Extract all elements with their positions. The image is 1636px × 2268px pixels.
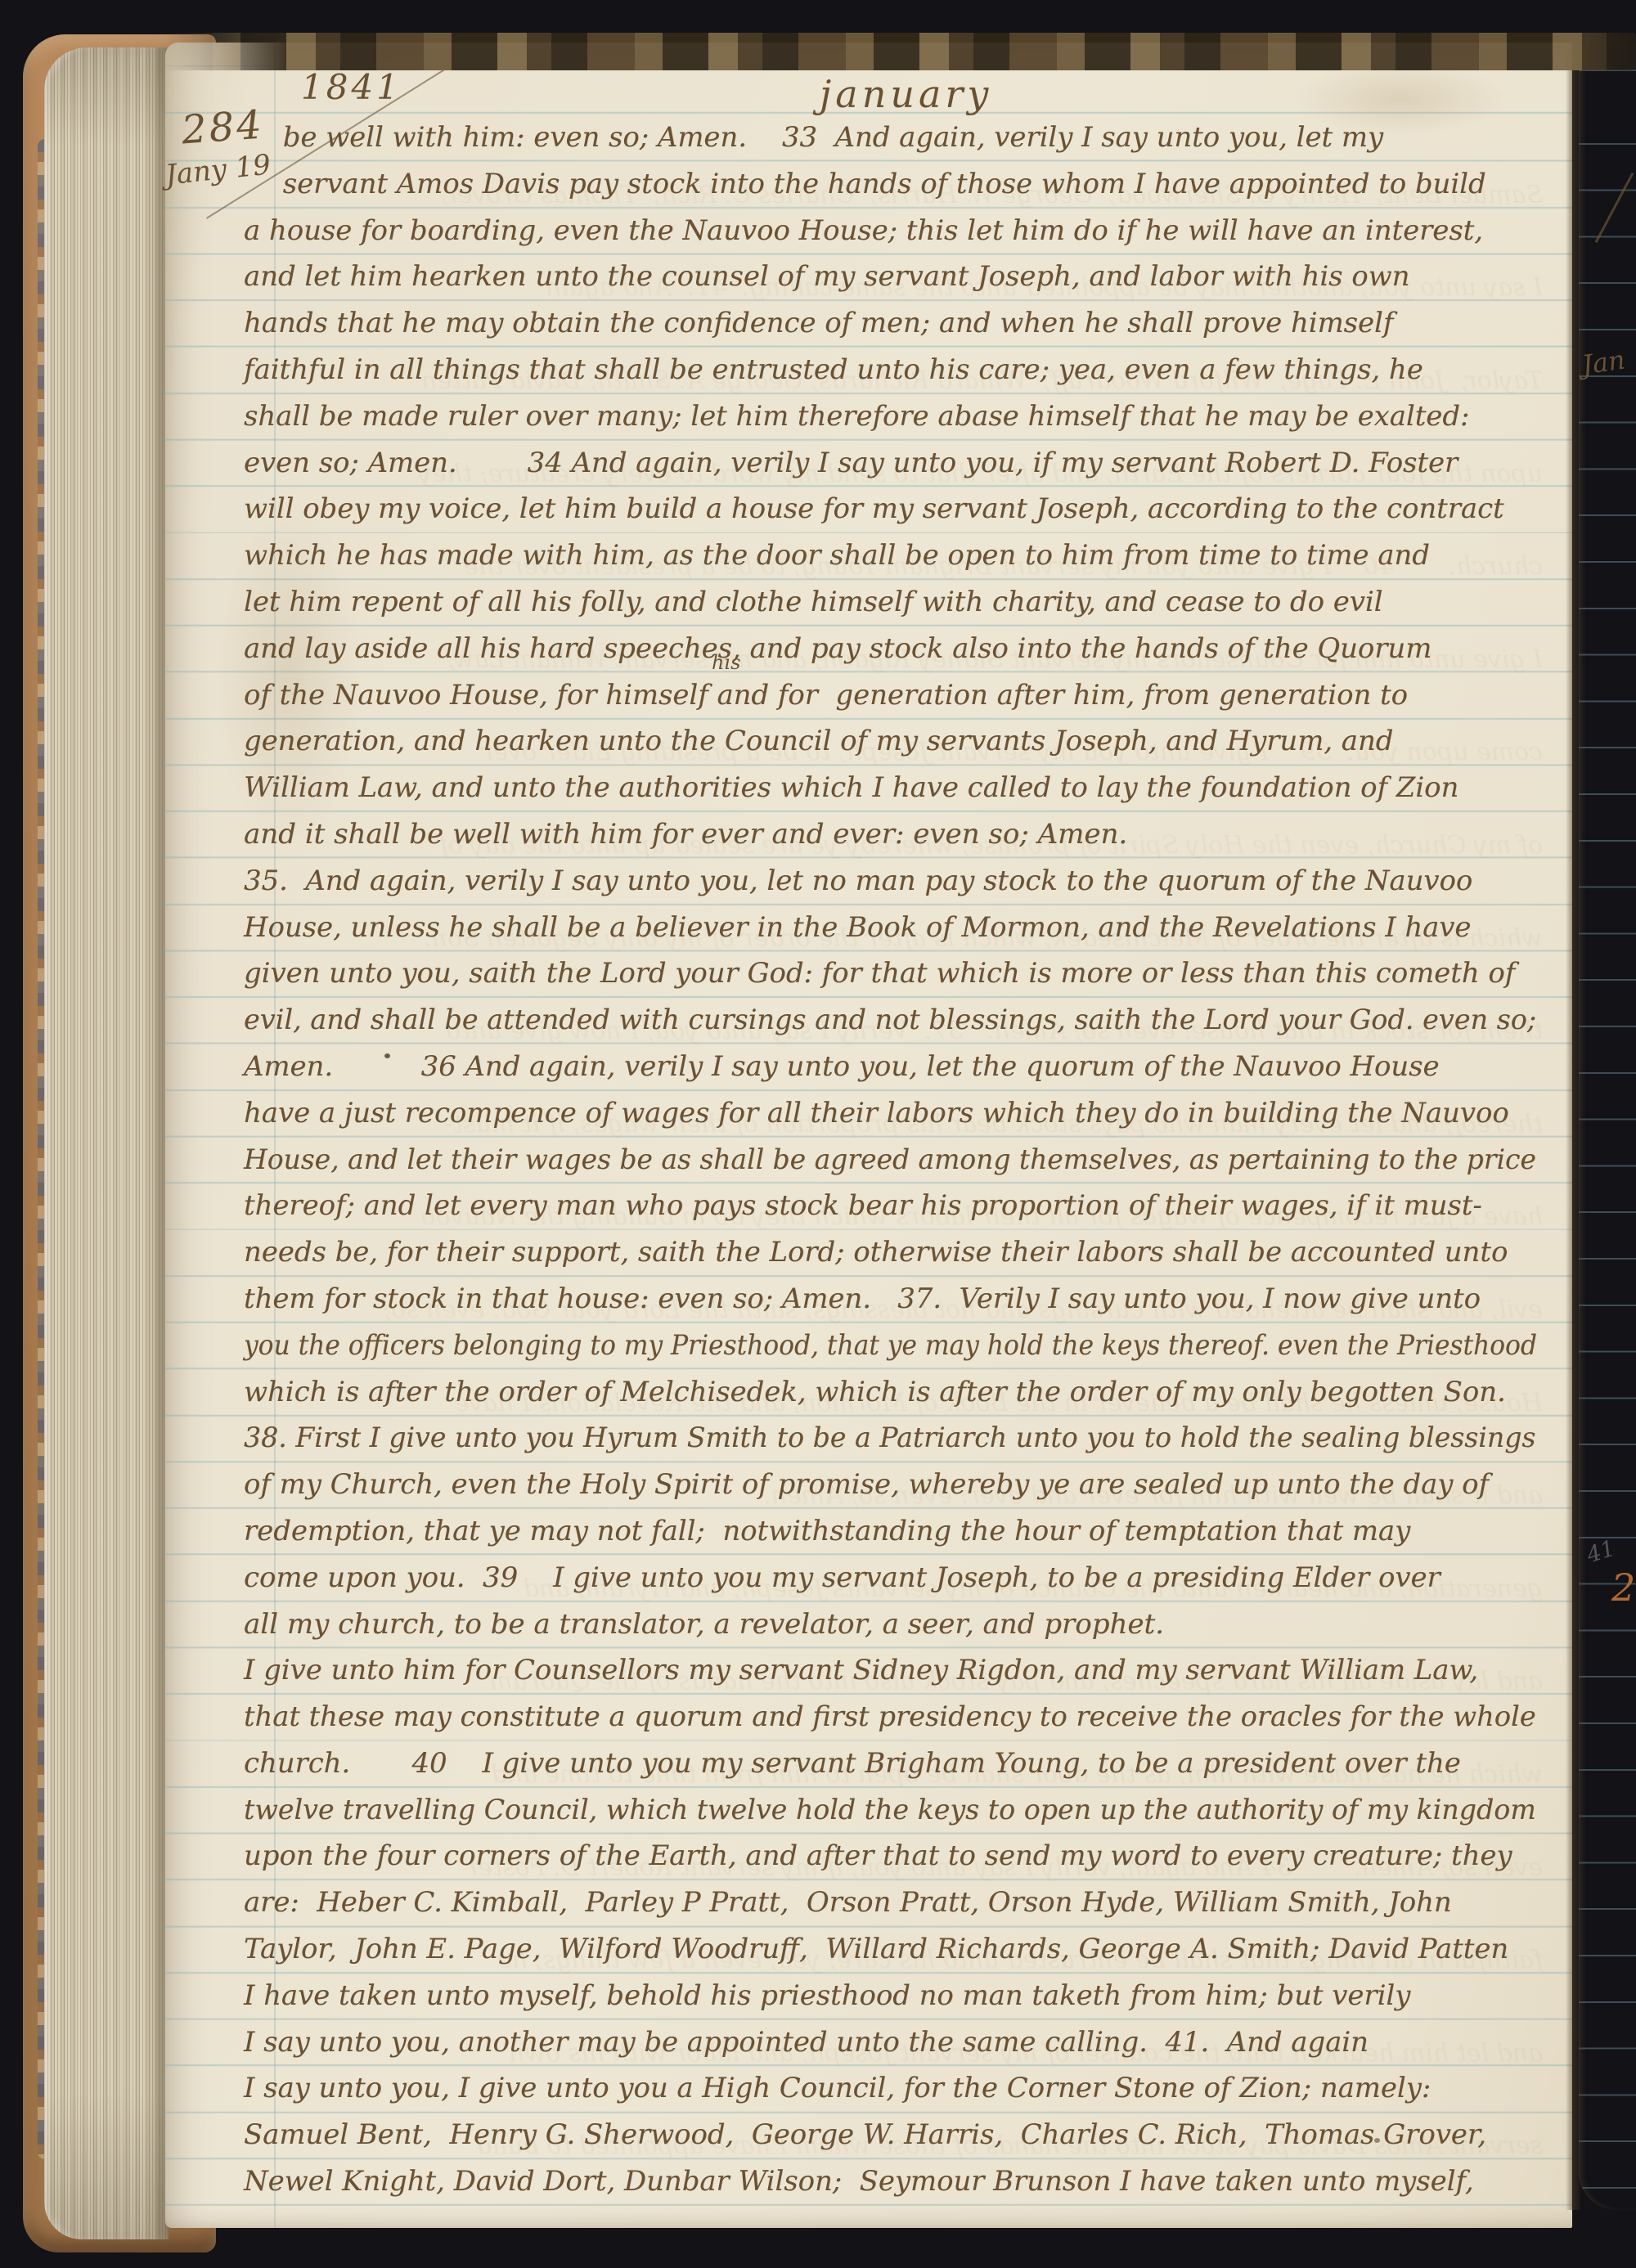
manuscript-line: which he has made with him, as the door … [244, 532, 1536, 579]
manuscript-line: House, unless he shall be a believer in … [244, 905, 1536, 951]
year-heading: 1841 [301, 67, 402, 107]
manuscript-line: Samuel Bent, Henry G. Sherwood, George W… [244, 2112, 1536, 2158]
manuscript-line: 38. First I give unto you Hyrum Smith to… [244, 1415, 1510, 1462]
manuscript-line: Newel Knight, David Dort, Dunbar Wilson;… [244, 2158, 1536, 2205]
manuscript-line: needs be, for their support, saith the L… [244, 1229, 1536, 1276]
book-photo: 1841 january 284 Jany 19 Samuel Bent, He… [0, 0, 1636, 2268]
manuscript-line: I give unto him for Counsellors my serva… [244, 1647, 1536, 1694]
manuscript-line: which is after the order of Melchisedek,… [244, 1369, 1536, 1416]
interlinear-insertion: his [712, 651, 740, 674]
manuscript-line: faithful in all things that shall be ent… [244, 347, 1536, 393]
month-heading: january [820, 72, 992, 116]
manuscript-line: you the officers belonging to my Priesth… [244, 1323, 1439, 1369]
manuscript-line: them for stock in that house: even so; A… [244, 1276, 1536, 1323]
manuscript-line: Amen. 36 And again, verily I say unto yo… [244, 1044, 1536, 1090]
manuscript-line: evil, and shall be attended with cursing… [244, 997, 1521, 1044]
manuscript-line: a house for boarding, even the Nauvoo Ho… [244, 208, 1536, 254]
manuscript-line: 35. And again, verily I say unto you, le… [244, 858, 1536, 905]
manuscript-line: William Law, and unto the authorities wh… [244, 765, 1536, 811]
manuscript-line: Taylor, John E. Page, Wilford Woodruff, … [244, 1926, 1536, 1973]
next-page-edge: Jan 41 2 [1579, 46, 1636, 2210]
manuscript-line: redemption, that ye may not fall; notwit… [244, 1508, 1536, 1555]
manuscript-line: are: Heber C. Kimball, Parley P Pratt, O… [244, 1880, 1536, 1926]
manuscript-line: servant Amos Davis pay stock into the ha… [244, 161, 1536, 208]
next-page-ink-stroke [1595, 173, 1634, 243]
next-page-red-number: 2 [1611, 1565, 1635, 1610]
manuscript-line: upon the four corners of the Earth, and … [244, 1833, 1536, 1880]
manuscript-line: of my Church, even the Holy Spirit of pr… [244, 1462, 1536, 1508]
manuscript-line: be well with him: even so; Amen. 33 And … [244, 115, 1536, 161]
manuscript-line: come upon you. 39 I give unto you my ser… [244, 1555, 1536, 1601]
torn-top-edge [165, 33, 1636, 70]
next-page-margin-note: Jan [1580, 344, 1627, 381]
manuscript-line: I say unto you, I give unto you a High C… [244, 2065, 1536, 2112]
manuscript-line: shall be made ruler over many; let him t… [244, 393, 1536, 440]
manuscript-line: thereof; and let every man who pays stoc… [244, 1183, 1536, 1229]
page-edges-stack [44, 47, 169, 2239]
manuscript-line: will obey my voice, let him build a hous… [244, 486, 1536, 532]
manuscript-line: House, and let their wages be as shall b… [244, 1137, 1501, 1183]
manuscript-line: generation, and hearken unto the Council… [244, 718, 1536, 765]
manuscript-text-block: be well with him: even so; Amen. 33 And … [244, 115, 1543, 2205]
manuscript-line: and let him hearken unto the counsel of … [244, 254, 1536, 300]
next-page-pencil-note: 41 [1584, 1535, 1618, 1568]
manuscript-line: and lay aside all his hard speeches, and… [244, 626, 1536, 672]
manuscript-line: I have taken unto myself, behold his pri… [244, 1973, 1536, 2019]
manuscript-line: let him repent of all his folly, and clo… [244, 579, 1536, 626]
manuscript-line: of the Nauvoo House, for himself and for… [244, 672, 1536, 719]
manuscript-line: even so; Amen. 34 And again, verily I sa… [244, 440, 1536, 487]
manuscript-line: church. 40 I give unto you my servant Br… [244, 1740, 1536, 1787]
manuscript-line: twelve travelling Council, which twelve … [244, 1787, 1512, 1834]
manuscript-line: have a just recompence of wages for all … [244, 1090, 1536, 1137]
manuscript-line: given unto you, saith the Lord your God:… [244, 950, 1536, 997]
manuscript-line: and it shall be well with him for ever a… [244, 811, 1543, 858]
manuscript-page: 1841 january 284 Jany 19 Samuel Bent, He… [165, 43, 1572, 2228]
manuscript-line: I say unto you, another may be appointed… [244, 2019, 1536, 2066]
manuscript-line: all my church, to be a translator, a rev… [244, 1601, 1543, 1648]
manuscript-line: hands that he may obtain the confidence … [244, 300, 1536, 347]
manuscript-line: that these may constitute a quorum and f… [244, 1694, 1531, 1740]
